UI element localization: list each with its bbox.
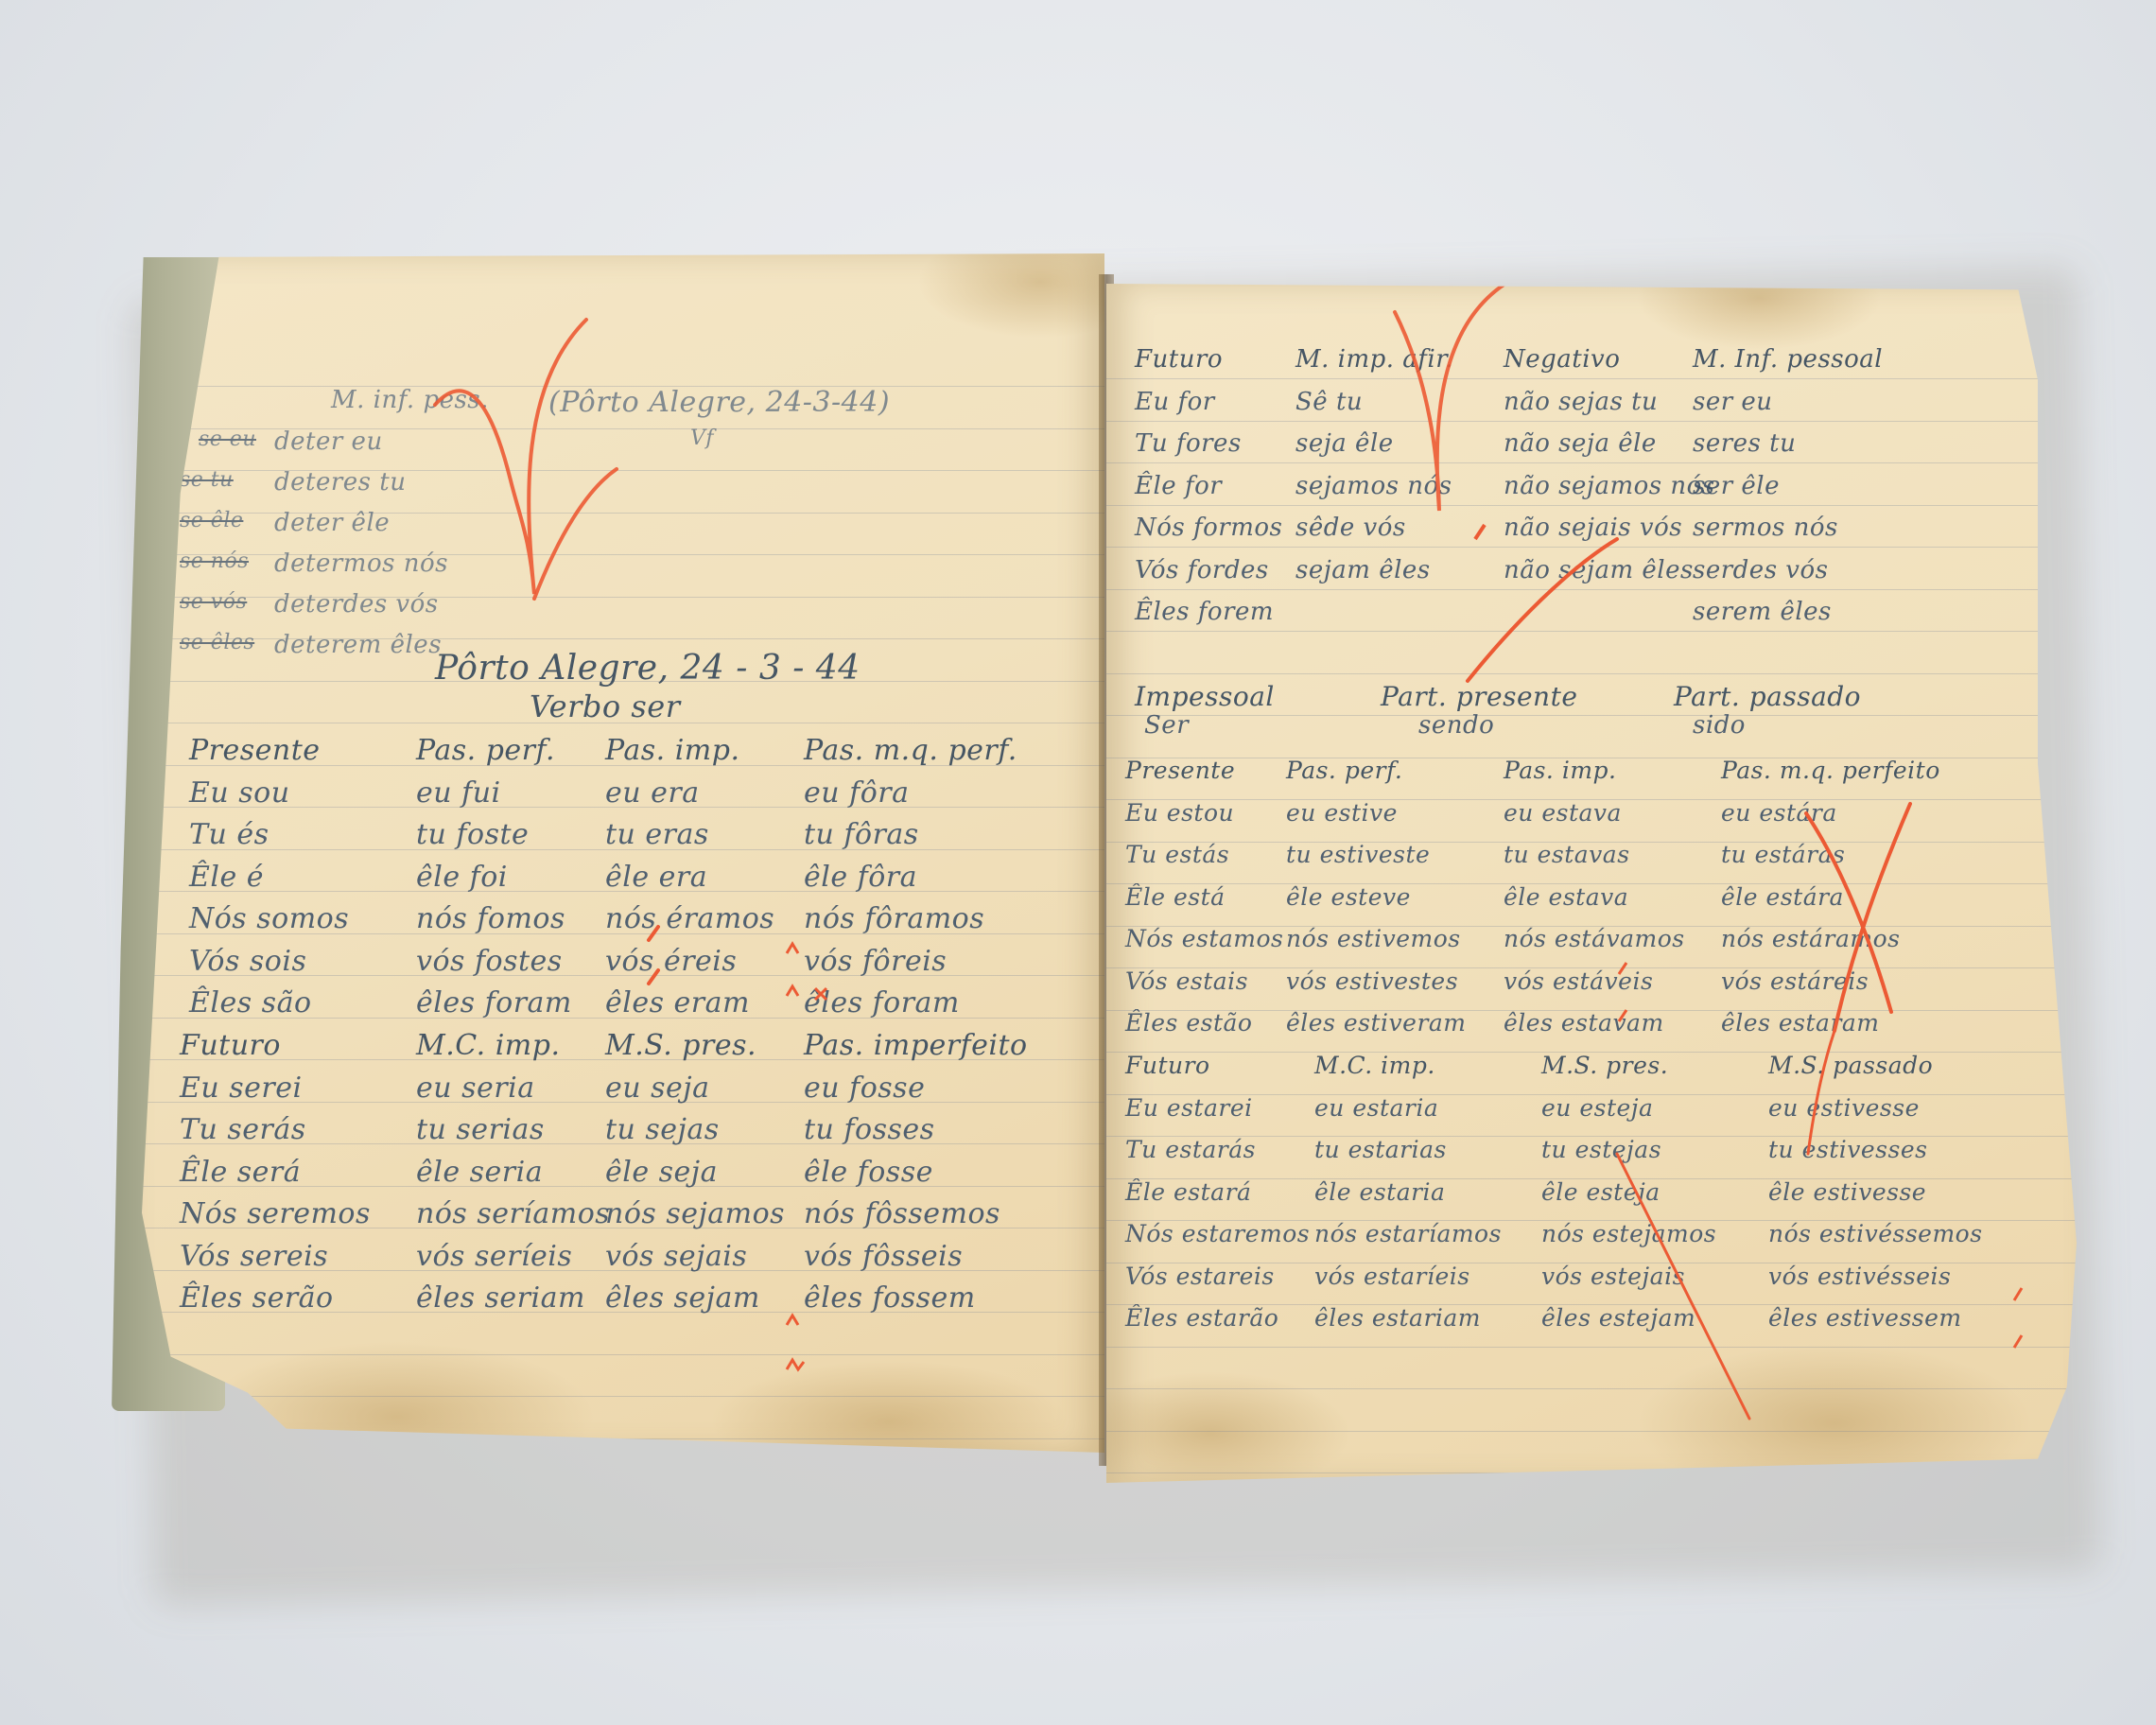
column-header: M. Inf. pessoal xyxy=(1693,345,1883,374)
table-cell: eu estive xyxy=(1286,799,1398,827)
table-cell: êles seriam xyxy=(416,1281,585,1315)
table-cell: êles estariam xyxy=(1314,1304,1481,1332)
table-cell: êles foram xyxy=(804,986,960,1019)
table-cell: êles foram xyxy=(416,986,572,1019)
table-cell: Êle está xyxy=(1125,883,1226,911)
table-cell: Tu estás xyxy=(1125,841,1229,868)
table-cell: ser êle xyxy=(1693,472,1780,500)
table-cell: êle era xyxy=(605,861,707,894)
table-cell: vós estejais xyxy=(1541,1263,1685,1290)
table-cell: nós estáramos xyxy=(1721,925,1900,952)
table-cell: não sejais vós xyxy=(1504,514,1682,542)
conjugation-text: determos nós xyxy=(274,549,448,578)
table-cell: eu fôra xyxy=(804,776,910,810)
table-cell: Tu serás xyxy=(180,1113,306,1146)
table-cell: tu serias xyxy=(416,1113,545,1146)
table-cell: Êle for xyxy=(1135,472,1222,500)
ruled-line xyxy=(1106,547,2077,548)
table-cell: seja êle xyxy=(1295,429,1394,458)
table-cell: êles estaram xyxy=(1721,1009,1880,1037)
table-cell: sermos nós xyxy=(1693,514,1838,542)
participle-header: Part. presente xyxy=(1381,681,1577,712)
participle-value: sido xyxy=(1693,711,1746,740)
participle-header: Part. passado xyxy=(1674,681,1861,712)
table-cell: Êles serão xyxy=(180,1281,334,1315)
participle-header: Impessoal xyxy=(1135,681,1275,712)
table-cell: eu fui xyxy=(416,776,501,810)
column-header: Futuro xyxy=(1125,1052,1210,1079)
conjugation-text: deteres tu xyxy=(274,468,406,497)
table-cell: Êle estará xyxy=(1125,1178,1251,1206)
table-cell: Tu estarás xyxy=(1125,1136,1256,1163)
table-cell: eu seria xyxy=(416,1072,535,1105)
table-cell: êles eram xyxy=(605,986,750,1019)
participle-value: sendo xyxy=(1418,711,1494,740)
column-header: Futuro xyxy=(180,1029,281,1062)
table-cell: êles estejam xyxy=(1541,1304,1695,1332)
table-cell: eu estava xyxy=(1504,799,1622,827)
column-header: Pas. imp. xyxy=(1504,757,1616,784)
column-header: Pas. perf. xyxy=(1286,757,1402,784)
table-cell: eu era xyxy=(605,776,700,810)
struck-text: se eu xyxy=(199,427,256,451)
table-cell: Eu serei xyxy=(180,1072,303,1105)
table-cell: vós sejais xyxy=(605,1240,747,1273)
table-cell: tu sejas xyxy=(605,1113,720,1146)
table-cell: Vós sois xyxy=(189,945,306,978)
table-cell: tu estáras xyxy=(1721,841,1845,868)
table-cell: Eu estarei xyxy=(1125,1094,1253,1122)
column-header: Pas. perf. xyxy=(416,734,555,767)
ruled-line xyxy=(1106,378,2077,379)
column-header: Pas. imperfeito xyxy=(804,1029,1028,1062)
table-cell: tu estejas xyxy=(1541,1136,1661,1163)
crossed-heading: (Pôrto Alegre, 24-3-44) xyxy=(548,386,890,419)
column-header: M.S. pres. xyxy=(1541,1052,1668,1079)
participle-value: Ser xyxy=(1144,711,1189,740)
table-cell: sejamos nós xyxy=(1295,472,1452,500)
ruled-line xyxy=(1106,715,2077,716)
ruled-line xyxy=(1106,631,2077,632)
ruled-line xyxy=(1106,589,2077,590)
struck-text: se vós xyxy=(180,590,247,614)
table-cell: tu estivesses xyxy=(1768,1136,1927,1163)
column-header: M.S. passado xyxy=(1768,1052,1933,1079)
table-cell: nós estaríamos xyxy=(1314,1220,1502,1247)
table-cell: vós fôreis xyxy=(804,945,947,978)
column-header: Presente xyxy=(1125,757,1235,784)
table-cell: vós estaríeis xyxy=(1314,1263,1470,1290)
ruled-line xyxy=(1106,673,2077,674)
table-cell: Êle é xyxy=(189,861,264,894)
column-header: Presente xyxy=(189,734,321,767)
table-cell: nós fôssemos xyxy=(804,1197,1000,1230)
table-cell: nós estávamos xyxy=(1504,925,1685,952)
table-cell: êle estava xyxy=(1504,883,1628,911)
table-cell: nós seríamos xyxy=(416,1197,610,1230)
column-header: M.C. imp. xyxy=(1314,1052,1435,1079)
table-cell: nós sejamos xyxy=(605,1197,785,1230)
column-header: Pas. m.q. perfeito xyxy=(1721,757,1940,784)
table-cell: vós seríeis xyxy=(416,1240,572,1273)
table-cell: êle fosse xyxy=(804,1156,933,1189)
table-cell: êle seria xyxy=(416,1156,543,1189)
table-cell: Vós fordes xyxy=(1135,556,1269,584)
table-cell: vós estáveis xyxy=(1504,967,1653,995)
table-cell: vós fôsseis xyxy=(804,1240,963,1273)
table-cell: ser eu xyxy=(1693,388,1773,416)
table-cell: Êles estarão xyxy=(1125,1304,1278,1332)
table-cell: serem êles xyxy=(1693,598,1832,626)
struck-text: se nós xyxy=(180,549,249,573)
table-cell: tu eras xyxy=(605,818,709,851)
table-cell: não sejas tu xyxy=(1504,388,1658,416)
table-cell: êle estaria xyxy=(1314,1178,1445,1206)
table-cell: Êle será xyxy=(180,1156,301,1189)
table-cell: eu estára xyxy=(1721,799,1837,827)
column-header: Pas. m.q. perf. xyxy=(804,734,1017,767)
table-cell: Nós estaremos xyxy=(1125,1220,1310,1247)
table-cell: vós estivestes xyxy=(1286,967,1458,995)
conjugation-text: deterdes vós xyxy=(274,590,439,619)
table-cell: êles estiveram xyxy=(1286,1009,1467,1037)
table-cell: Vós estareis xyxy=(1125,1263,1275,1290)
table-cell: êle esteve xyxy=(1286,883,1411,911)
table-cell: nós estejamos xyxy=(1541,1220,1716,1247)
column-header: Negativo xyxy=(1504,345,1620,374)
table-cell: tu fôras xyxy=(804,818,919,851)
struck-text: se êle xyxy=(180,509,243,532)
table-cell: êle estára xyxy=(1721,883,1844,911)
column-header: M.C. imp. xyxy=(416,1029,561,1062)
table-cell: não sejamos nós xyxy=(1504,472,1715,500)
table-cell: nós éramos xyxy=(605,902,774,935)
ruled-line xyxy=(142,1354,1104,1355)
table-cell: tu estavas xyxy=(1504,841,1630,868)
ruled-line xyxy=(1106,1431,2077,1432)
table-cell: êle esteja xyxy=(1541,1178,1660,1206)
table-cell: vós éreis xyxy=(605,945,737,978)
table-cell: Nós estamos xyxy=(1125,925,1283,952)
table-cell: Eu for xyxy=(1135,388,1215,416)
ruled-line xyxy=(1106,462,2077,463)
table-cell: êles estivessem xyxy=(1768,1304,1962,1332)
table-cell: êles sejam xyxy=(605,1281,760,1315)
photo-scene: M. inf. pess. (Pôrto Alegre, 24-3-44) Vf… xyxy=(0,0,2156,1725)
table-cell: eu estivesse xyxy=(1768,1094,1920,1122)
table-cell: Sê tu xyxy=(1295,388,1363,416)
date-line: Pôrto Alegre, 24 - 3 - 44 xyxy=(435,649,861,688)
water-stain xyxy=(1636,284,1882,350)
table-cell: êle seja xyxy=(605,1156,718,1189)
ruled-line xyxy=(142,1396,1104,1397)
column-header: M.S. pres. xyxy=(605,1029,756,1062)
table-cell: não seja êle xyxy=(1504,429,1657,458)
ruled-line xyxy=(1106,505,2077,506)
table-cell: eu estaria xyxy=(1314,1094,1438,1122)
table-cell: Vós estais xyxy=(1125,967,1248,995)
table-cell: sêde vós xyxy=(1295,514,1406,542)
table-cell: êle estivesse xyxy=(1768,1178,1926,1206)
table-cell: Êles são xyxy=(189,986,312,1019)
table-cell: êles fossem xyxy=(804,1281,976,1315)
table-cell: eu seja xyxy=(605,1072,709,1105)
table-cell: Eu estou xyxy=(1125,799,1234,827)
conjugation-text: deter êle xyxy=(274,509,390,537)
table-cell: eu esteja xyxy=(1541,1094,1653,1122)
table-cell: tu foste xyxy=(416,818,529,851)
conjugation-text: deter eu xyxy=(274,427,383,456)
table-cell: Êles forem xyxy=(1135,598,1274,626)
table-cell: êle fôra xyxy=(804,861,917,894)
ruled-line xyxy=(1106,1347,2077,1348)
section-title: M. inf. pess. xyxy=(331,386,489,414)
teacher-initials: Vf xyxy=(690,427,714,450)
table-cell: êle foi xyxy=(416,861,508,894)
table-cell: vós estivésseis xyxy=(1768,1263,1951,1290)
table-cell: serdes vós xyxy=(1693,556,1828,584)
column-header: M. imp. afir. xyxy=(1295,345,1453,374)
right-page: FuturoM. imp. afir.NegativoM. Inf. pesso… xyxy=(1106,284,2077,1483)
ruled-line xyxy=(1106,1388,2077,1389)
table-cell: nós estivemos xyxy=(1286,925,1461,952)
ruled-line xyxy=(1106,421,2077,422)
struck-text: se êles xyxy=(180,631,254,654)
table-cell: tu estiveste xyxy=(1286,841,1430,868)
column-header: Futuro xyxy=(1135,345,1223,374)
subject-title: Verbo ser xyxy=(530,688,680,724)
table-cell: nós fôramos xyxy=(804,902,984,935)
table-cell: êles estavam xyxy=(1504,1009,1664,1037)
table-cell: vós fostes xyxy=(416,945,563,978)
table-cell: Eu sou xyxy=(189,776,290,810)
table-cell: Tu fores xyxy=(1135,429,1242,458)
table-cell: sejam êles xyxy=(1295,556,1431,584)
table-cell: não sejam êles xyxy=(1504,556,1694,584)
water-stain xyxy=(917,253,1104,339)
column-header: Pas. imp. xyxy=(605,734,739,767)
table-cell: seres tu xyxy=(1693,429,1796,458)
table-cell: Vós sereis xyxy=(180,1240,328,1273)
table-cell: vós estáreis xyxy=(1721,967,1869,995)
table-cell: Nós formos xyxy=(1135,514,1282,542)
conjugation-text: deterem êles xyxy=(274,631,442,659)
struck-text: se tu xyxy=(180,468,234,492)
table-cell: tu estarias xyxy=(1314,1136,1447,1163)
table-cell: Tu és xyxy=(189,818,269,851)
table-cell: Nós somos xyxy=(189,902,349,935)
table-cell: Êles estão xyxy=(1125,1009,1252,1037)
table-cell: nós fomos xyxy=(416,902,565,935)
table-cell: nós estivéssemos xyxy=(1768,1220,1983,1247)
table-cell: Nós seremos xyxy=(180,1197,371,1230)
table-cell: eu fosse xyxy=(804,1072,925,1105)
left-page: M. inf. pess. (Pôrto Alegre, 24-3-44) Vf… xyxy=(142,253,1104,1453)
table-cell: tu fosses xyxy=(804,1113,935,1146)
